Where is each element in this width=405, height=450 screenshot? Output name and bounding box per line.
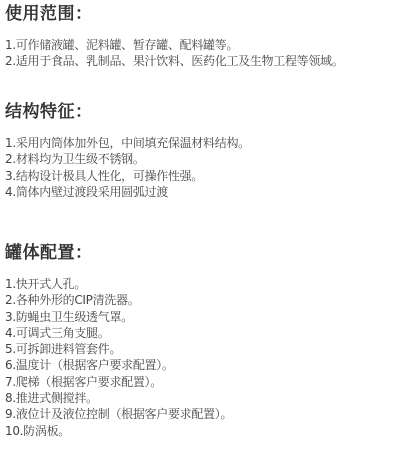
list-item: 5.可拆卸进料管套件。 bbox=[5, 341, 405, 357]
usage-list: 1.可作储液罐、泥料罐、暂存罐、配料罐等。 2.适用于食品、乳制品、果汁饮料、医… bbox=[5, 37, 405, 70]
list-item: 6.温度计（根据客户要求配置）。 bbox=[5, 357, 405, 373]
list-item: 2.材料均为卫生级不锈钢。 bbox=[5, 151, 405, 167]
list-item: 3.结构设计极具人性化，可操作性强。 bbox=[5, 168, 405, 184]
list-item: 4.可调式三角支腿。 bbox=[5, 325, 405, 341]
section-heading: 罐体配置： bbox=[5, 243, 405, 263]
list-item: 7.爬梯（根据客户要求配置）。 bbox=[5, 374, 405, 390]
section-tank-configuration: 罐体配置： 1.快开式人孔。 2.各种外形的CIP清洗器。 3.防蝇虫卫生级透气… bbox=[5, 243, 405, 439]
list-item: 1.快开式人孔。 bbox=[5, 276, 405, 292]
list-item: 8.推进式侧搅拌。 bbox=[5, 390, 405, 406]
section-heading: 使用范围： bbox=[5, 4, 405, 24]
list-item: 4.筒体内壁过渡段采用圆弧过渡 bbox=[5, 184, 405, 200]
list-item: 3.防蝇虫卫生级透气罩。 bbox=[5, 309, 405, 325]
list-item: 2.适用于食品、乳制品、果汁饮料、医药化工及生物工程等领域。 bbox=[5, 53, 405, 69]
list-item: 1.可作储液罐、泥料罐、暂存罐、配料罐等。 bbox=[5, 37, 405, 53]
section-structure-features: 结构特征： 1.采用内筒体加外包，中间填充保温材料结构。 2.材料均为卫生级不锈… bbox=[5, 102, 405, 200]
features-list: 1.采用内筒体加外包，中间填充保温材料结构。 2.材料均为卫生级不锈钢。 3.结… bbox=[5, 135, 405, 200]
section-usage-scope: 使用范围： 1.可作储液罐、泥料罐、暂存罐、配料罐等。 2.适用于食品、乳制品、… bbox=[5, 4, 405, 70]
list-item: 2.各种外形的CIP清洗器。 bbox=[5, 292, 405, 308]
list-item: 10.防涡板。 bbox=[5, 423, 405, 439]
list-item: 9.液位计及液位控制（根据客户要求配置）。 bbox=[5, 406, 405, 422]
section-heading: 结构特征： bbox=[5, 102, 405, 122]
list-item: 1.采用内筒体加外包，中间填充保温材料结构。 bbox=[5, 135, 405, 151]
configuration-list: 1.快开式人孔。 2.各种外形的CIP清洗器。 3.防蝇虫卫生级透气罩。 4.可… bbox=[5, 276, 405, 439]
